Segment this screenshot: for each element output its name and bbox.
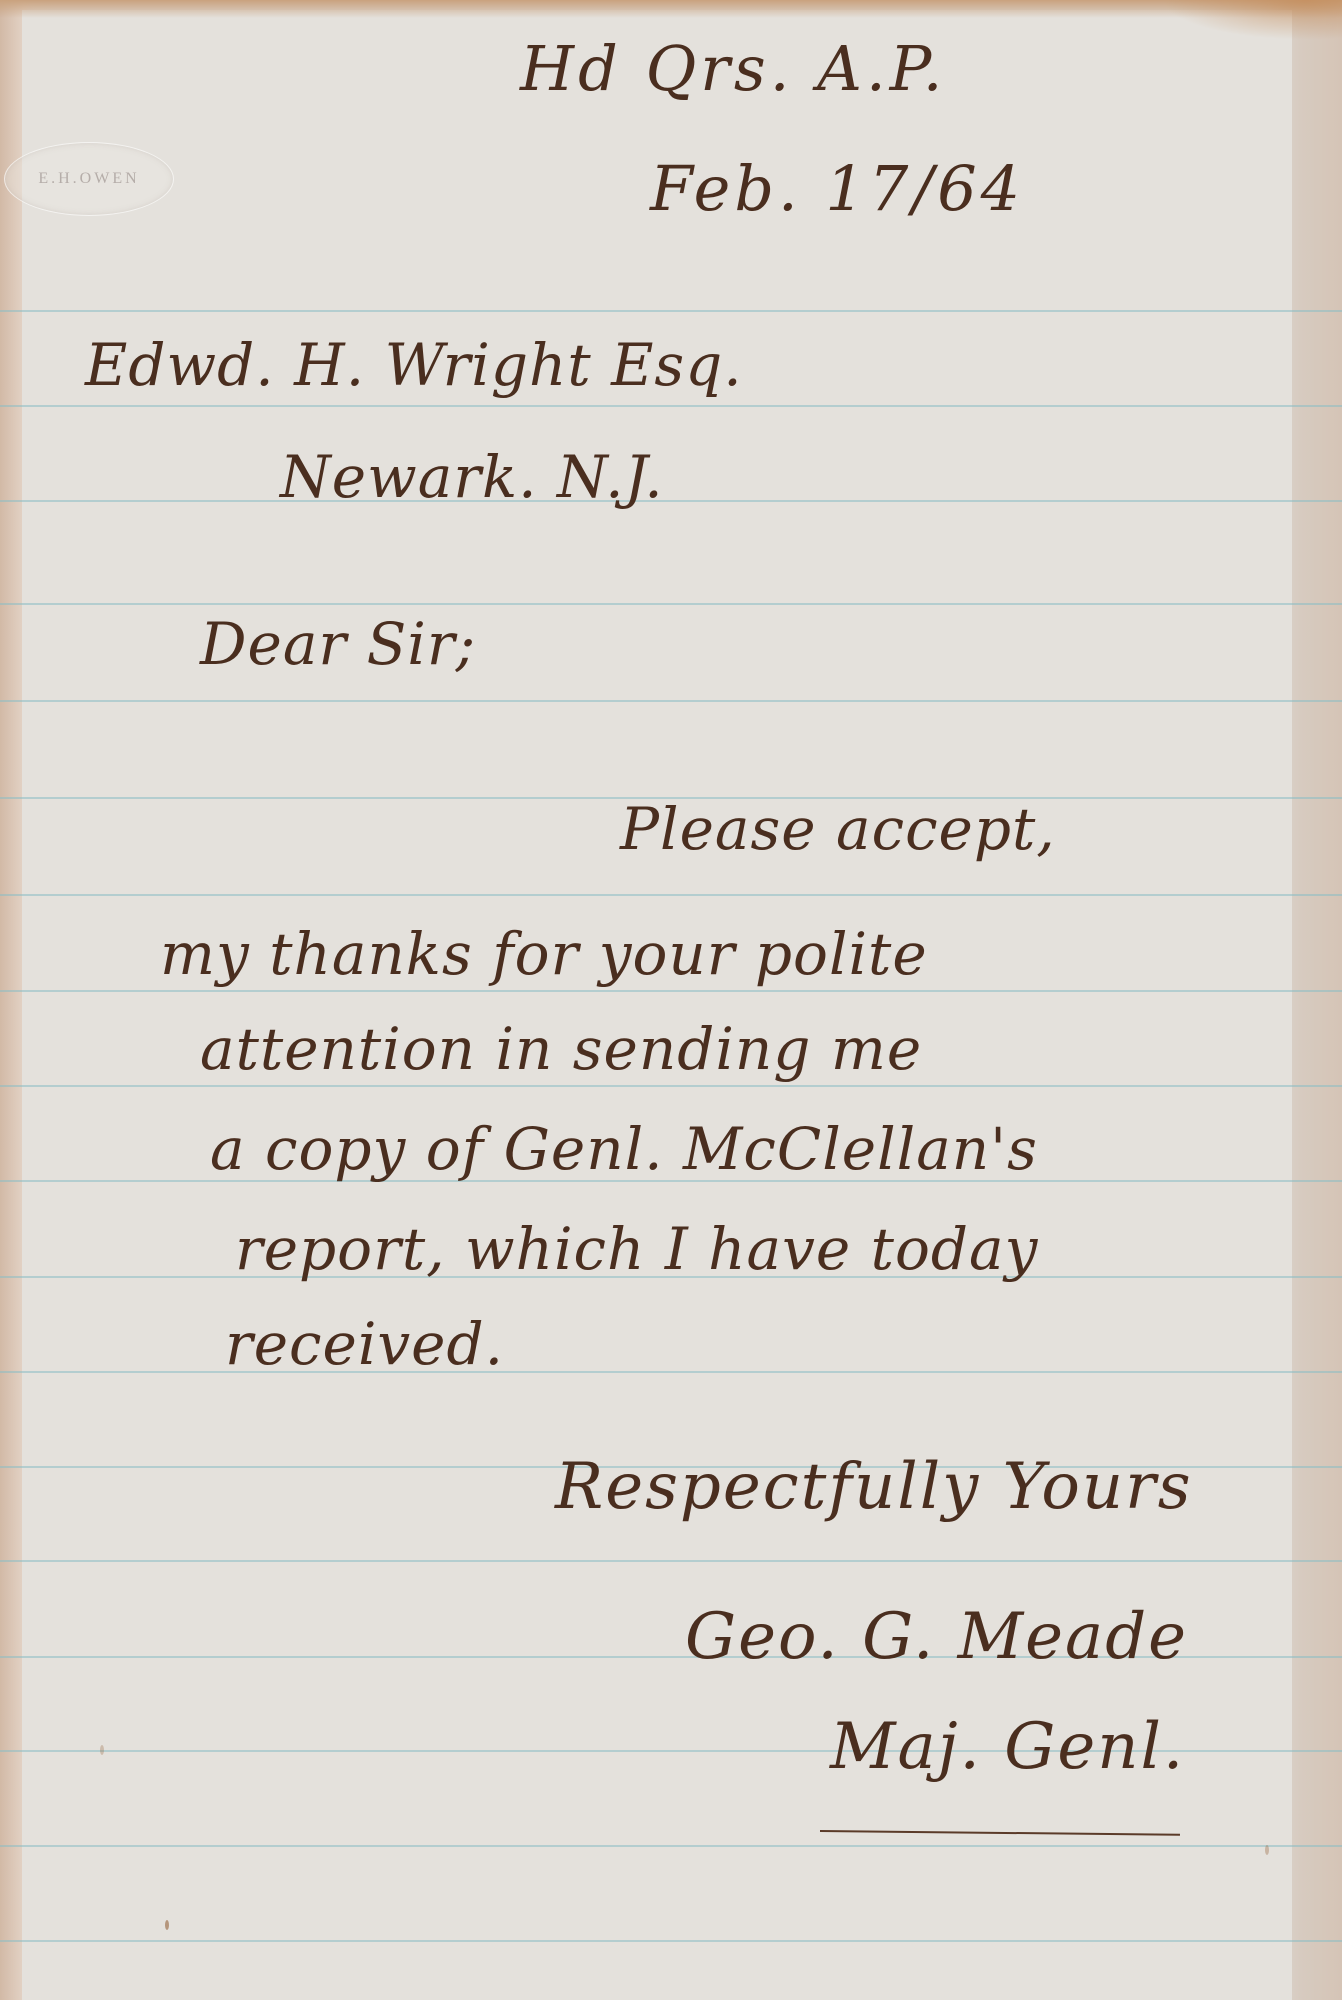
ruled-line [0,1085,1342,1087]
letter-paper [22,10,1292,2000]
addressee-location: Newark. N.J. [280,448,664,506]
ruled-line [0,700,1342,702]
signature-title: Maj. Genl. [830,1715,1185,1779]
ruled-line [0,1371,1342,1373]
ink-speck [165,1920,169,1930]
ruled-line [0,310,1342,312]
ruled-line [0,1845,1342,1847]
signature: Geo. G. Meade [685,1605,1188,1669]
document-frame: E.H.OWEN Hd Qrs. A.P. Feb. 17/64 Edwd. H… [0,0,1342,2000]
corner-stain [1162,0,1342,40]
body-line-3: attention in sending me [200,1020,922,1078]
stationer-emboss-stamp: E.H.OWEN [4,142,174,216]
heading-line-1: Hd Qrs. A.P. [520,38,947,100]
ruled-line [0,990,1342,992]
ink-speck [1265,1845,1269,1855]
ruled-line [0,405,1342,407]
salutation: Dear Sir; [200,615,476,673]
ruled-line [0,1940,1342,1942]
ruled-line [0,500,1342,502]
closing: Respectfully Yours [555,1455,1193,1519]
ink-speck [100,1745,104,1755]
ruled-line [0,603,1342,605]
ruled-line [0,894,1342,896]
addressee-name: Edwd. H. Wright Esq. [85,336,743,394]
ruled-line [0,1560,1342,1562]
heading-date: Feb. 17/64 [650,158,1024,220]
stamp-text: E.H.OWEN [38,170,139,188]
body-line-6: received. [225,1315,504,1373]
body-line-5: report, which I have today [235,1220,1038,1278]
top-edge-stain [0,0,1342,18]
body-line-1: Please accept, [620,800,1056,858]
body-line-2: my thanks for your polite [160,925,928,983]
body-line-4: a copy of Genl. McClellan's [210,1120,1038,1178]
